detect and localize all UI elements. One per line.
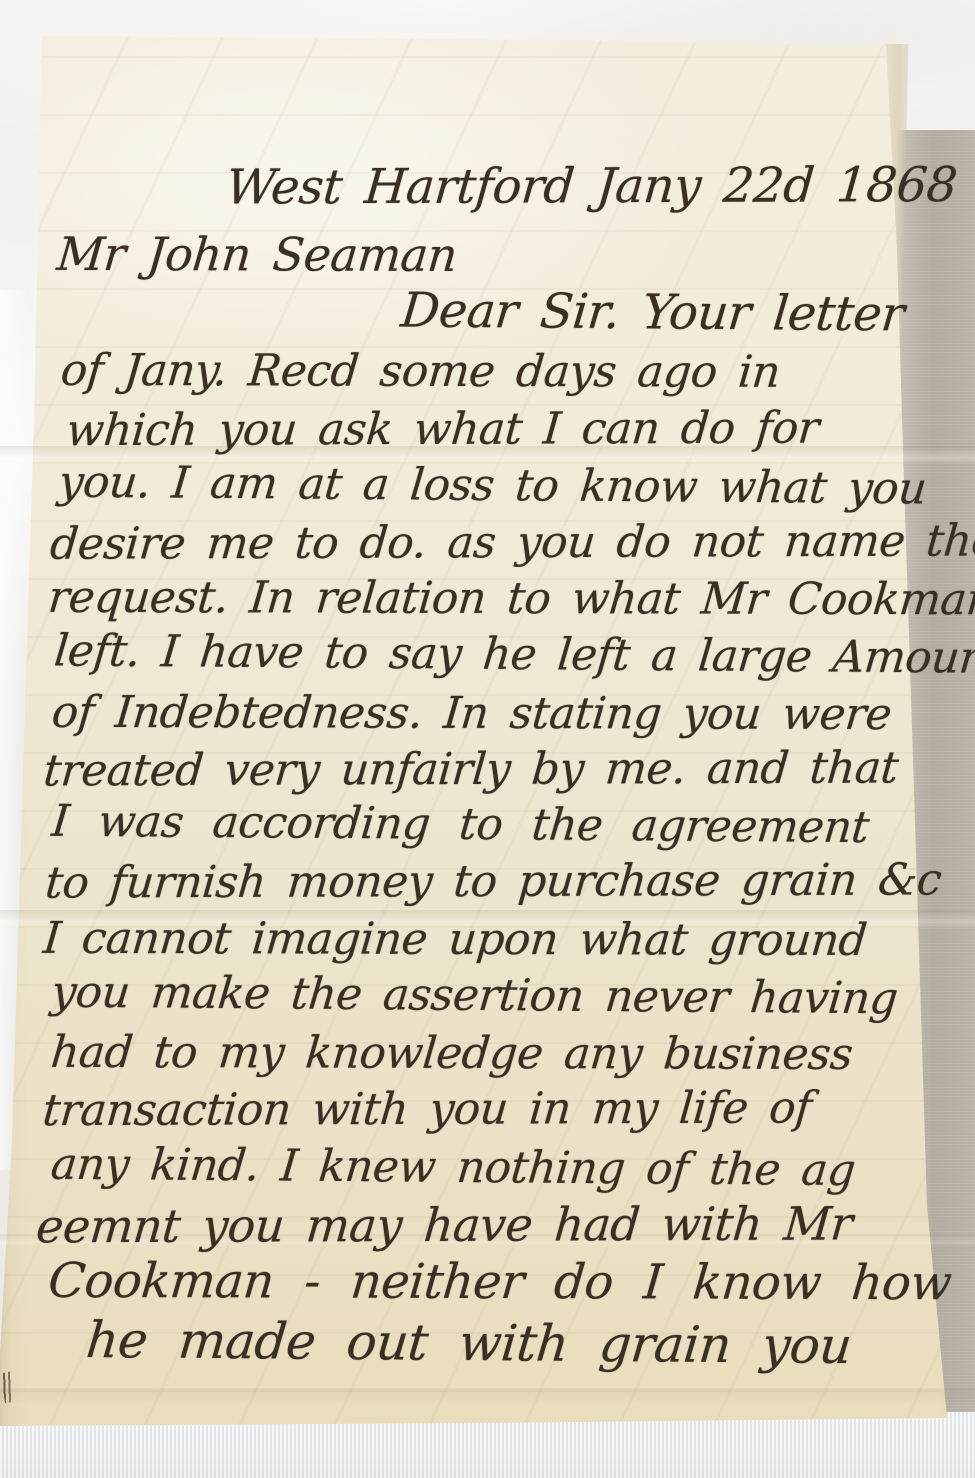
handwriting-line: you. I am at a loss to know what you xyxy=(57,461,928,512)
handwriting-line: had to my knowledge any business xyxy=(49,1031,854,1077)
handwriting-line: he made out with grain you xyxy=(84,1315,853,1371)
salutation-line: Dear Sir. Your letter xyxy=(399,286,906,338)
handwriting-line: any kind. I knew nothing of the ag xyxy=(49,1143,857,1193)
handwriting-line: to furnish money to purchase grain &c xyxy=(44,858,943,905)
handwriting-line: I cannot imagine upon what ground xyxy=(41,917,868,963)
dateline: West Hartford Jany 22d 1868 xyxy=(224,161,959,212)
handwriting-line: of Indebtedness. In stating you were xyxy=(50,691,893,737)
handwriting-line: request. In relation to what Mr Cookman xyxy=(46,576,975,622)
handwriting-line: of Jany. Recd some days ago in xyxy=(59,349,782,395)
handwriting-line: treated very unfairly by me. and that xyxy=(42,746,900,793)
handwriting-line: left. I have to say he left a large Amou… xyxy=(52,629,975,680)
recipient-line: Mr John Seaman xyxy=(55,231,459,278)
handwriting-line: desire me to do. as you do not name the xyxy=(48,519,975,566)
handwriting-line: you make the assertion never having xyxy=(49,971,899,1022)
handwriting: West Hartford Jany 22d 1868 Mr John Seam… xyxy=(0,0,975,1478)
handwriting-line: Cookman - neither do I know how xyxy=(46,1257,953,1307)
handwriting-line: eemnt you may have had with Mr xyxy=(35,1200,855,1249)
handwriting-line: which you ask what I can do for xyxy=(65,407,821,454)
handwriting-line: I was according to the agreement xyxy=(50,800,871,850)
handwriting-line: transaction with you in my life of xyxy=(41,1087,813,1134)
photo-of-letter: { "letter": { "lines": [ "West Hartford … xyxy=(0,0,975,1478)
